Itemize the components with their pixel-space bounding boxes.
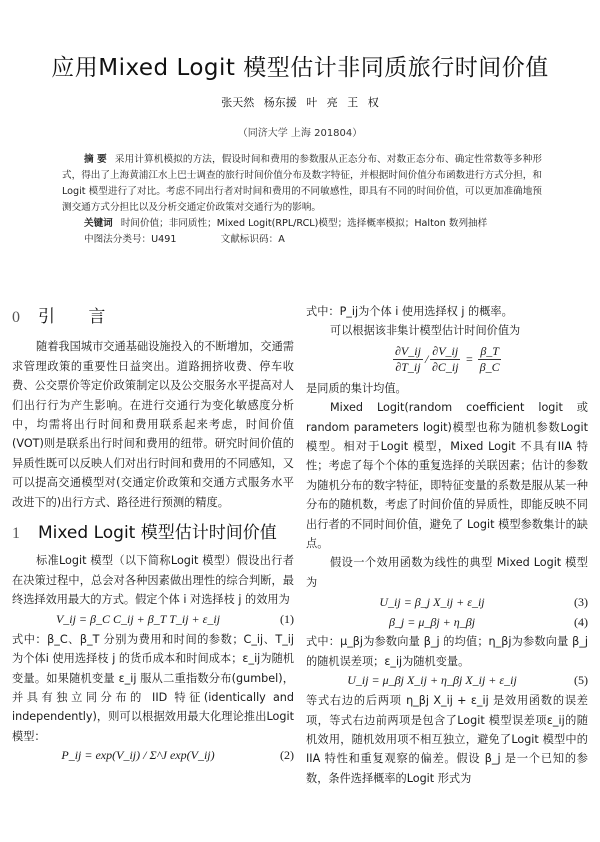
- equation-body: β_j = μ_βj + η_βj: [306, 613, 558, 632]
- fraction: β_T β_C: [478, 344, 501, 375]
- denominator: ∂C_ij: [432, 360, 459, 375]
- keywords-text: 时间价值；非同质性；Mixed Logit(RPL/RCL)模型；选择概率模拟；…: [121, 218, 487, 229]
- affiliation: （同济大学 上海 201804）: [0, 124, 600, 139]
- equation-5: U_ij = μ_βj X_ij + η_βj X_ij + ε_ij (5): [306, 671, 588, 691]
- denominator: β_C: [480, 360, 500, 375]
- clc-value: U491: [151, 234, 176, 245]
- equation-1: V_ij = β_C C_ij + β_T T_ij + ε_ij (1): [12, 610, 294, 630]
- left-column: 0引 言 随着我国城市交通基础设施投入的不断增加，交通需求管理政策的重要性日益突…: [12, 300, 294, 766]
- fraction: ∂V_ij ∂T_ij: [393, 344, 423, 375]
- equation-body: U_ij = β_j X_ij + ε_ij: [306, 593, 558, 612]
- paragraph: 假设一个效用函数为线性的典型 Mixed Logit 模型为: [306, 553, 588, 592]
- paragraph: 式中：β_C、β_T 分别为费用和时间的参数；C_ij、T_ij为个体i 使用选…: [12, 630, 294, 746]
- abstract-block: 摘 要采用计算机模拟的方法，假设时间和费用的参数服从正态分布、对数正态分布、确定…: [62, 152, 542, 248]
- classification-line: 中图法分类号：U491 文献标识码：A: [84, 232, 542, 248]
- right-column: 式中：P_ij为个体 i 使用选择权 j 的概率。 可以根据该非集计模型估计时间…: [306, 302, 588, 788]
- intro-paragraph: 随着我国城市交通基础设施投入的不断增加，交通需求管理政策的重要性日益突出。道路拥…: [12, 337, 294, 512]
- denominator: ∂T_ij: [395, 360, 420, 375]
- abstract-text: 采用计算机模拟的方法，假设时间和费用的参数服从正态分布、对数正态分布、确定性常数…: [62, 154, 542, 213]
- doc-code-value: A: [278, 234, 285, 245]
- paper-title: 应用Mixed Logit 模型估计非同质旅行时间价值: [0, 49, 600, 82]
- paragraph: 式中：P_ij为个体 i 使用选择权 j 的概率。: [306, 302, 588, 321]
- equation-vot: ∂V_ij ∂T_ij / ∂V_ij ∂C_ij = β_T β_C: [306, 341, 588, 379]
- equation-3: U_ij = β_j X_ij + ε_ij (3): [306, 592, 588, 612]
- section-heading-intro: 0引 言: [12, 308, 294, 327]
- paragraph: 标准Logit 模型（以下简称Logit 模型）假设出行者在决策过程中，总会对各…: [12, 551, 294, 609]
- section-title: Mixed Logit 模型估计时间价值: [38, 523, 277, 543]
- equation-body: U_ij = μ_βj X_ij + η_βj X_ij + ε_ij: [306, 671, 558, 690]
- equation-4: β_j = μ_βj + η_βj (4): [306, 612, 588, 632]
- numerator: β_T: [478, 344, 501, 360]
- equation-number: (4): [558, 613, 588, 632]
- paragraph: 式中：μ_βj为参数向量 β_j 的均值；η_βj为参数向量 β_j 的随机误差…: [306, 632, 588, 671]
- paragraph: Mixed Logit(random coefficient logit 或 r…: [306, 398, 588, 553]
- equation-number: (2): [264, 746, 294, 765]
- equation-body: V_ij = β_C C_ij + β_T T_ij + ε_ij: [12, 610, 264, 629]
- keywords-line: 关键词时间价值；非同质性；Mixed Logit(RPL/RCL)模型；选择概率…: [84, 216, 542, 232]
- clc-label: 中图法分类号：: [84, 234, 151, 245]
- fraction: ∂V_ij ∂C_ij: [430, 344, 460, 375]
- paragraph: 是同质的集计均值。: [306, 379, 588, 398]
- section-number: 0: [12, 309, 20, 326]
- paragraph: 可以根据该非集计模型估计时间价值为: [306, 321, 588, 340]
- equation-body: P_ij = exp(V_ij) / Σ^J exp(V_ij): [12, 746, 264, 765]
- section-title: 引 言: [38, 307, 119, 327]
- abstract-label: 摘 要: [84, 154, 107, 165]
- abstract-paragraph: 摘 要采用计算机模拟的方法，假设时间和费用的参数服从正态分布、对数正态分布、确定…: [62, 152, 542, 216]
- doc-code-label: 文献标识码：: [221, 234, 279, 245]
- equation-2: P_ij = exp(V_ij) / Σ^J exp(V_ij) (2): [12, 746, 294, 766]
- keywords-label: 关键词: [84, 218, 113, 229]
- authors: 张天然 杨东援 叶 亮 王 权: [0, 94, 600, 110]
- numerator: ∂V_ij: [430, 344, 460, 360]
- equation-number: (3): [558, 593, 588, 612]
- paragraph: 等式右边的后两项 η_βj X_ij + ε_ij 是效用函数的误差项，等式右边…: [306, 691, 588, 788]
- numerator: ∂V_ij: [393, 344, 423, 360]
- equation-number: (5): [558, 671, 588, 690]
- equation-number: (1): [264, 610, 294, 629]
- section-number: 1: [12, 525, 20, 542]
- section-heading-1: 1Mixed Logit 模型估计时间价值: [12, 524, 294, 543]
